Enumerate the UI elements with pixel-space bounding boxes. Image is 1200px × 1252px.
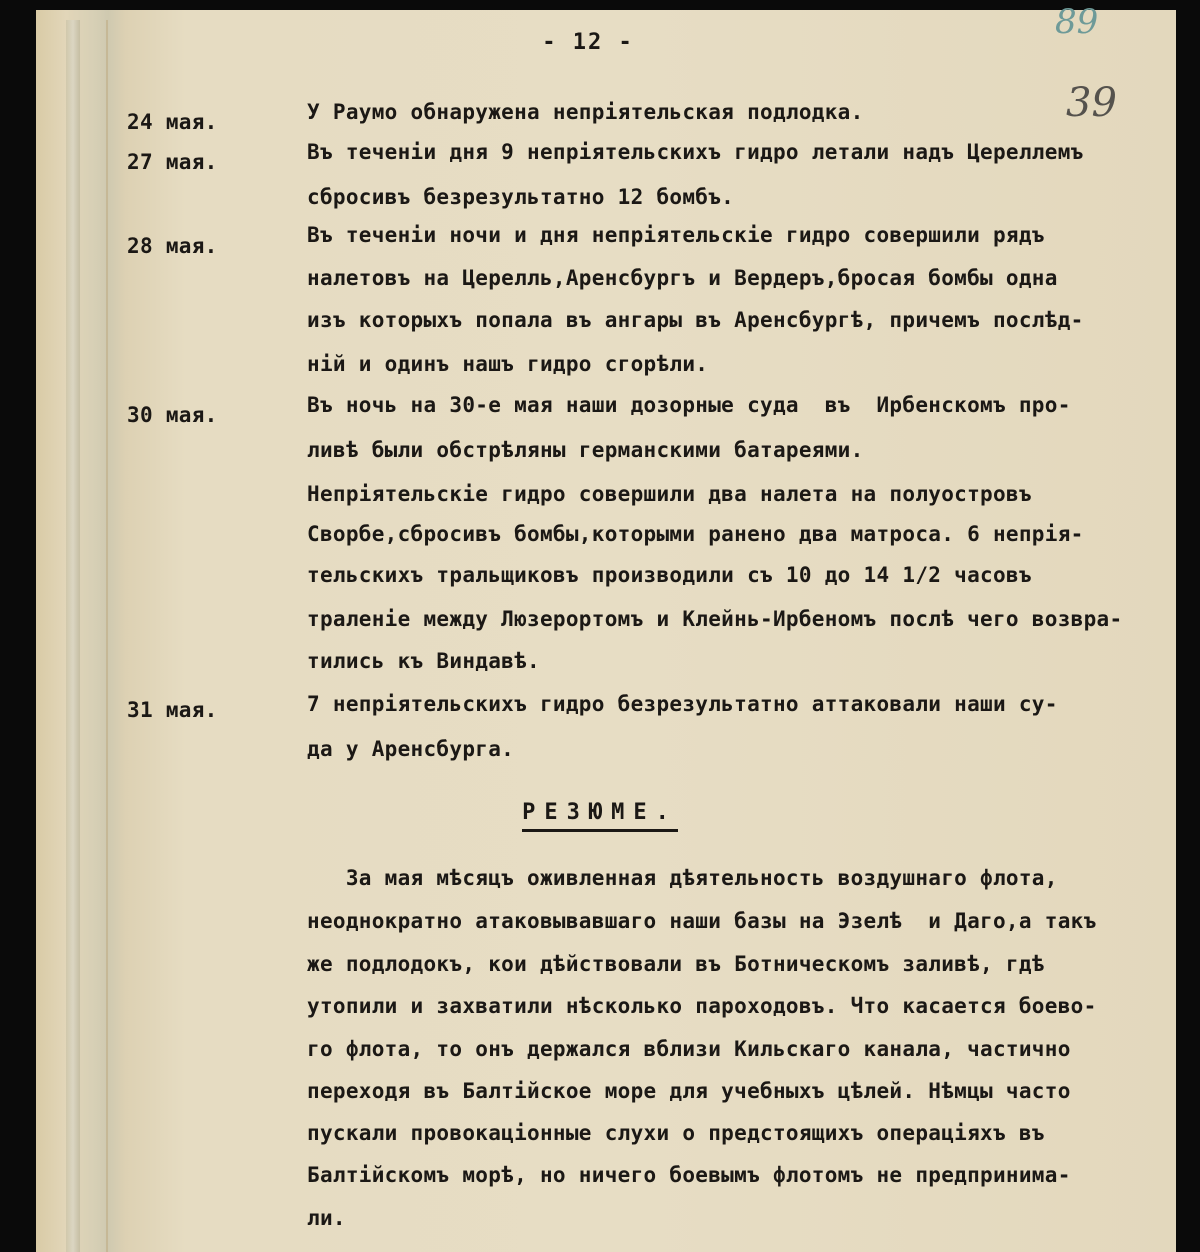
summary-line: переходя въ Балтiйское море для учебныхъ…: [307, 1081, 1071, 1102]
handwritten-folio-number: 39: [1066, 80, 1117, 126]
summary-line: Балтiйскомъ морѣ, но ничего боевымъ флот…: [307, 1165, 1071, 1186]
entry-line: Сворбе,сбросивъ бомбы,которыми ранено дв…: [307, 524, 1084, 545]
entry-date: 28 мая.: [127, 236, 218, 257]
entry-line: Въ теченiи дня 9 непрiятельскихъ гидро л…: [307, 142, 1084, 163]
summary-line: же подлодокъ, кои дѣйствовали въ Ботниче…: [307, 954, 1045, 975]
summary-heading-text: РЕЗЮМЕ.: [522, 800, 678, 832]
entry-line: да у Аренсбурга.: [307, 739, 514, 760]
summary-heading: РЕЗЮМЕ.: [0, 800, 1200, 825]
entry-line: изъ которыхъ попала въ ангары въ Аренсбу…: [307, 310, 1084, 331]
summary-line: неоднократно атаковывавшаго наши базы на…: [307, 911, 1097, 932]
entry-line: нiй и одинъ нашъ гидро сгорѣли.: [307, 354, 708, 375]
summary-line: ли.: [307, 1208, 346, 1229]
entry-line: Въ ночь на 30-е мая наши дозорные суда в…: [307, 395, 1071, 416]
entry-line: тились къ Виндавѣ.: [307, 651, 540, 672]
entry-line: Непрiятельскiе гидро совершили два налет…: [307, 484, 1032, 505]
entry-date: 31 мая.: [127, 700, 218, 721]
entry-line: 7 непрiятельскихъ гидро безрезультатно а…: [307, 694, 1058, 715]
entry-line: ливѣ были обстрѣляны германскими батарея…: [307, 440, 864, 461]
binding-fold: [66, 20, 80, 1252]
summary-line: утопили и захватили нѣсколько пароходовъ…: [307, 996, 1097, 1017]
entry-date: 27 мая.: [127, 152, 218, 173]
entry-date: 30 мая.: [127, 405, 218, 426]
page-number: - 12 -: [0, 30, 1176, 55]
summary-line: За мая мѣсяцъ оживленная дѣятельность во…: [307, 868, 1058, 889]
entry-date: 24 мая.: [127, 112, 218, 133]
entry-line: У Раумо обнаружена непрiятельская подлод…: [307, 102, 864, 123]
entry-line: сбросивъ безрезультатно 12 бомбъ.: [307, 187, 734, 208]
summary-line: пускали провокацiонные слухи о предстоящ…: [307, 1123, 1045, 1144]
summary-line: го флота, то онъ держался вблизи Кильска…: [307, 1039, 1071, 1060]
entry-line: Въ теченiи ночи и дня непрiятельскiе гид…: [307, 225, 1045, 246]
binding-crease: [106, 20, 108, 1252]
entry-line: тельскихъ тральщиковъ производили съ 10 …: [307, 565, 1032, 586]
entry-line: налетовъ на Церелль,Аренсбургъ и Вердеръ…: [307, 268, 1058, 289]
entry-line: траленiе между Люзерортомъ и Клейнь-Ирбе…: [307, 609, 1122, 630]
